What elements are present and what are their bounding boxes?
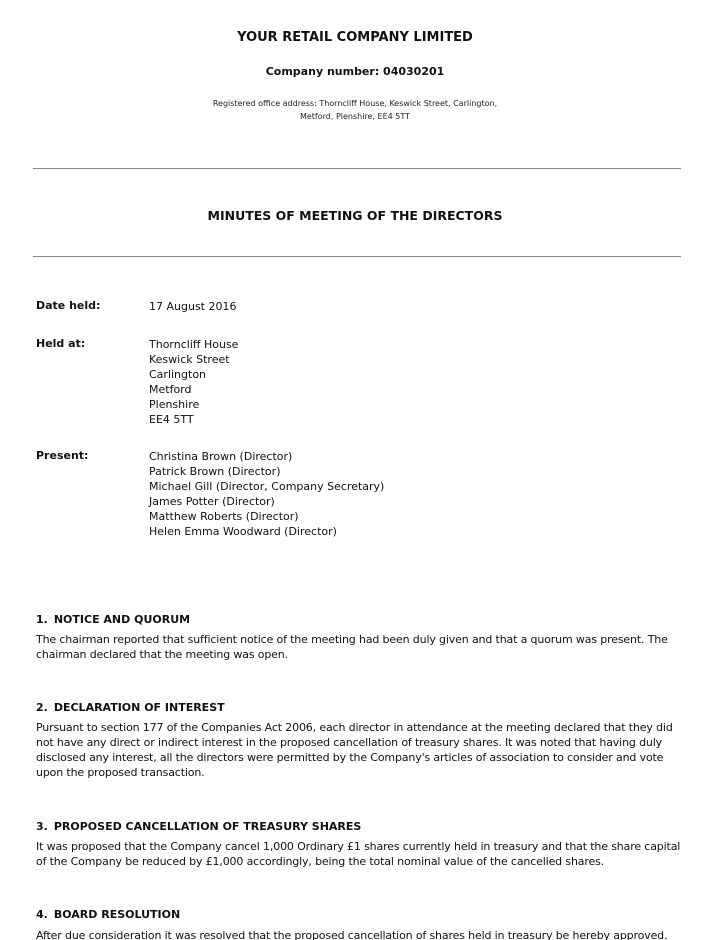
date-held-value: 17 August 2016 bbox=[149, 299, 236, 314]
divider bbox=[33, 168, 681, 169]
section-heading-board-resolution: 4.BOARD RESOLUTION bbox=[36, 908, 180, 921]
registered-office-address: Registered office address: Thorncliff Ho… bbox=[0, 97, 710, 123]
section-body-notice-quorum: The chairman reported that sufficient no… bbox=[36, 632, 684, 662]
attendee: Michael Gill (Director, Company Secretar… bbox=[149, 479, 384, 494]
section-title: DECLARATION OF INTEREST bbox=[54, 701, 225, 714]
address-line: Plenshire bbox=[149, 397, 238, 412]
document-title: MINUTES OF MEETING OF THE DIRECTORS bbox=[0, 208, 710, 223]
company-name: YOUR RETAIL COMPANY LIMITED bbox=[0, 30, 710, 45]
attendees-list: Christina Brown (Director) Patrick Brown… bbox=[149, 449, 384, 539]
address-line: EE4 5TT bbox=[149, 412, 238, 427]
section-heading-notice-quorum: 1.NOTICE AND QUORUM bbox=[36, 613, 190, 626]
section-body-declaration-interest: Pursuant to section 177 of the Companies… bbox=[36, 720, 684, 780]
attendee: Christina Brown (Director) bbox=[149, 449, 384, 464]
minutes-document: YOUR RETAIL COMPANY LIMITED Company numb… bbox=[0, 0, 710, 940]
company-number: Company number: 04030201 bbox=[0, 65, 710, 78]
section-title: PROPOSED CANCELLATION OF TREASURY SHARES bbox=[54, 820, 362, 833]
attendee: James Potter (Director) bbox=[149, 494, 384, 509]
held-at-label: Held at: bbox=[36, 337, 85, 350]
section-title: NOTICE AND QUORUM bbox=[54, 613, 190, 626]
registered-office-line: Registered office address: Thorncliff Ho… bbox=[0, 97, 710, 110]
section-title: BOARD RESOLUTION bbox=[54, 908, 180, 921]
present-label: Present: bbox=[36, 449, 88, 462]
address-line: Thorncliff House bbox=[149, 337, 238, 352]
registered-office-line: Metford, Plenshire, EE4 5TT bbox=[0, 110, 710, 123]
section-number: 2. bbox=[36, 701, 48, 714]
address-line: Carlington bbox=[149, 367, 238, 382]
attendee: Helen Emma Woodward (Director) bbox=[149, 524, 384, 539]
section-heading-declaration-interest: 2.DECLARATION OF INTEREST bbox=[36, 701, 225, 714]
divider bbox=[33, 256, 681, 257]
section-number: 4. bbox=[36, 908, 48, 921]
section-number: 3. bbox=[36, 820, 48, 833]
address-line: Metford bbox=[149, 382, 238, 397]
attendee: Patrick Brown (Director) bbox=[149, 464, 384, 479]
section-body-board-resolution: After due consideration it was resolved … bbox=[36, 928, 684, 940]
section-number: 1. bbox=[36, 613, 48, 626]
address-line: Keswick Street bbox=[149, 352, 238, 367]
section-body-cancellation-treasury-shares: It was proposed that the Company cancel … bbox=[36, 839, 684, 869]
attendee: Matthew Roberts (Director) bbox=[149, 509, 384, 524]
held-at-address: Thorncliff House Keswick Street Carlingt… bbox=[149, 337, 238, 427]
date-held-label: Date held: bbox=[36, 299, 100, 312]
section-heading-cancellation-treasury-shares: 3.PROPOSED CANCELLATION OF TREASURY SHAR… bbox=[36, 820, 361, 833]
